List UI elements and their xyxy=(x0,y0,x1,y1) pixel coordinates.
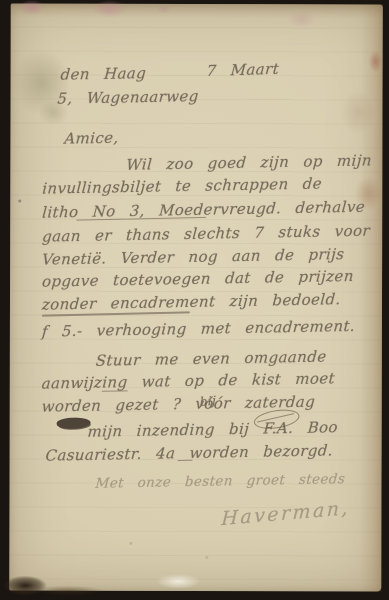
red-brown-stain xyxy=(369,50,383,72)
body-line: f 5.- verhooging met encadrement. xyxy=(41,317,356,341)
body-line: invullingsbiljet te schrappen de xyxy=(42,174,323,197)
pink-stain xyxy=(19,0,45,16)
closing-line: Met onze besten groet steeds xyxy=(95,471,346,492)
underline-wat xyxy=(102,390,128,392)
scanned-letter-photo: den Haag 7 Maart 5, Wagenaarweg Amice, W… xyxy=(0,0,389,600)
ink-speck xyxy=(129,542,132,545)
crossed-out-scribble-blob xyxy=(56,417,91,430)
inserted-word: bij xyxy=(200,393,216,409)
pink-stain xyxy=(93,0,127,18)
body-line: litho No 3, Moedervreugd. derhalve xyxy=(42,198,366,222)
body-line: aanwijzing wat op de kist moet xyxy=(41,369,336,392)
ink-speck xyxy=(205,556,208,559)
salutation: Amice, xyxy=(64,129,120,148)
body-line: Wil zoo goed zijn op mijn xyxy=(126,151,373,174)
body-line: Casuariestr. 4a worden bezorgd. xyxy=(45,441,334,464)
body-line: opgave toetevoegen dat de prijzen xyxy=(41,267,354,291)
heading-address: 5, Wagenaarweg xyxy=(57,87,199,108)
letter-paper: den Haag 7 Maart 5, Wagenaarweg Amice, W… xyxy=(9,4,383,592)
body-line: gaan er thans slechts 7 stuks voor xyxy=(42,222,371,246)
body-line: Venetië. Verder nog aan de prijs xyxy=(41,245,345,269)
body-line: Stuur me even omgaande xyxy=(95,347,327,369)
pink-stain xyxy=(157,4,171,14)
brown-stain xyxy=(340,90,376,134)
paper-edge-shading-right xyxy=(359,4,383,591)
dark-corner-stain xyxy=(33,586,103,596)
ink-speck xyxy=(18,200,21,203)
heading-date: 7 Maart xyxy=(206,60,280,80)
heading-place: den Haag xyxy=(60,64,147,84)
light-erasure-spot xyxy=(156,574,200,589)
paper-edge-shading-top xyxy=(11,4,383,19)
dark-corner-stain xyxy=(3,575,47,595)
body-line: zonder encadrement zijn bedoeld. xyxy=(41,290,341,314)
signature: Haverman, xyxy=(221,497,351,530)
pink-stain xyxy=(287,10,317,28)
body-line: mijn inzending bij F.A. Boo xyxy=(87,418,339,441)
